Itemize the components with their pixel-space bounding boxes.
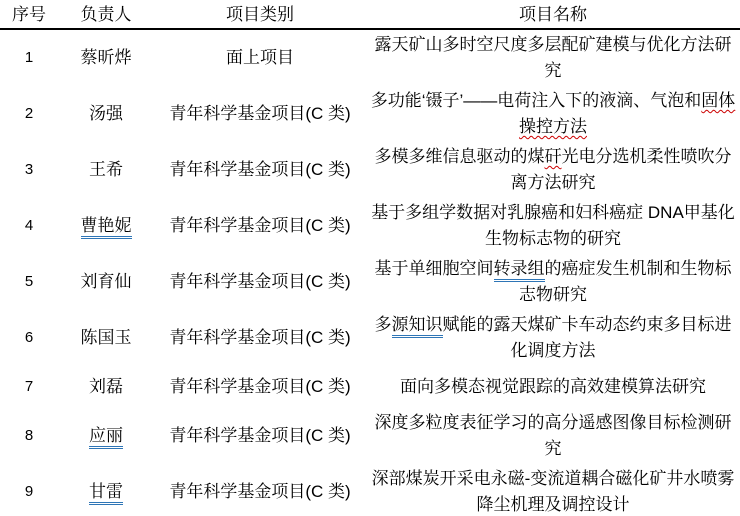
- seq-cell: 2: [0, 86, 58, 142]
- text-segment: 深部煤炭开采电永磁-变流道耦合磁化矿井水喷雾降尘机理及调控设计: [372, 469, 735, 514]
- table-row: 6陈国玉青年科学基金项目(C 类)多源知识赋能的露天煤矿卡车动态约束多目标进化调…: [0, 310, 740, 366]
- category-cell: 青年科学基金项目(C 类): [154, 86, 366, 142]
- project-title-cell: 露天矿山多时空尺度多层配矿建模与优化方法研究: [366, 29, 740, 86]
- text-segment-grammar: 曹艳妮: [81, 216, 132, 239]
- text-segment-grammar: 源知识: [392, 315, 443, 338]
- text-segment-spell: 矸: [545, 147, 562, 166]
- project-title-cell: 多模多维信息驱动的煤矸光电分选机柔性喷吹分离方法研究: [366, 142, 740, 198]
- header-seq: 序号: [0, 0, 58, 29]
- text-segment: 多功能‘镊子’——电荷注入下的液滴、气泡和: [371, 91, 702, 110]
- leader-name-cell: 应丽: [58, 408, 154, 464]
- seq-cell: 7: [0, 366, 58, 408]
- text-segment: 多: [375, 315, 392, 334]
- category-cell: 青年科学基金项目(C 类): [154, 408, 366, 464]
- project-title-cell: 多源知识赋能的露天煤矿卡车动态约束多目标进化调度方法: [366, 310, 740, 366]
- header-row: 序号 负责人 项目类别 项目名称: [0, 0, 740, 29]
- seq-cell: 8: [0, 408, 58, 464]
- leader-name-cell: 刘育仙: [58, 254, 154, 310]
- project-title-cell: 多功能‘镊子’——电荷注入下的液滴、气泡和固体操控方法: [366, 86, 740, 142]
- table-row: 4曹艳妮青年科学基金项目(C 类)基于多组学数据对乳腺癌和妇科癌症 DNA甲基化…: [0, 198, 740, 254]
- header-title: 项目名称: [366, 0, 740, 29]
- seq-cell: 6: [0, 310, 58, 366]
- text-segment: 刘磊: [89, 377, 123, 396]
- table-body: 1蔡昕烨面上项目露天矿山多时空尺度多层配矿建模与优化方法研究2汤强青年科学基金项…: [0, 29, 740, 516]
- text-segment-grammar: 转录组: [494, 259, 545, 282]
- text-segment: 面向多模态视觉跟踪的高效建模算法研究: [400, 377, 706, 396]
- category-cell: 青年科学基金项目(C 类): [154, 366, 366, 408]
- seq-cell: 9: [0, 464, 58, 516]
- table-row: 9甘雷青年科学基金项目(C 类)深部煤炭开采电永磁-变流道耦合磁化矿井水喷雾降尘…: [0, 464, 740, 516]
- text-segment-grammar: 应丽: [89, 426, 123, 449]
- text-segment: 刘育仙: [81, 272, 132, 291]
- text-segment: 陈国玉: [81, 328, 132, 347]
- leader-name-cell: 汤强: [58, 86, 154, 142]
- category-cell: 青年科学基金项目(C 类): [154, 310, 366, 366]
- project-title-cell: 基于单细胞空间转录组的癌症发生机制和生物标志物研究: [366, 254, 740, 310]
- project-title-cell: 面向多模态视觉跟踪的高效建模算法研究: [366, 366, 740, 408]
- table-row: 5刘育仙青年科学基金项目(C 类)基于单细胞空间转录组的癌症发生机制和生物标志物…: [0, 254, 740, 310]
- leader-name-cell: 蔡昕烨: [58, 29, 154, 86]
- category-cell: 青年科学基金项目(C 类): [154, 464, 366, 516]
- table-row: 1蔡昕烨面上项目露天矿山多时空尺度多层配矿建模与优化方法研究: [0, 29, 740, 86]
- seq-cell: 5: [0, 254, 58, 310]
- seq-cell: 1: [0, 29, 58, 86]
- project-title-cell: 深部煤炭开采电永磁-变流道耦合磁化矿井水喷雾降尘机理及调控设计: [366, 464, 740, 516]
- text-segment: 王希: [89, 160, 123, 179]
- text-segment: 蔡昕烨: [81, 48, 132, 67]
- text-segment: 露天矿山多时空尺度多层配矿建模与优化方法研究: [375, 35, 732, 80]
- table-row: 7刘磊青年科学基金项目(C 类)面向多模态视觉跟踪的高效建模算法研究: [0, 366, 740, 408]
- seq-cell: 4: [0, 198, 58, 254]
- project-title-cell: 基于多组学数据对乳腺癌和妇科癌症 DNA甲基化生物标志物的研究: [366, 198, 740, 254]
- category-cell: 青年科学基金项目(C 类): [154, 198, 366, 254]
- text-segment: 多模多维信息驱动的煤: [375, 147, 545, 166]
- table-row: 8应丽青年科学基金项目(C 类)深度多粒度表征学习的高分遥感图像目标检测研究: [0, 408, 740, 464]
- leader-name-cell: 陈国玉: [58, 310, 154, 366]
- text-segment: 深度多粒度表征学习的高分遥感图像目标检测研究: [375, 413, 732, 458]
- project-title-cell: 深度多粒度表征学习的高分遥感图像目标检测研究: [366, 408, 740, 464]
- leader-name-cell: 刘磊: [58, 366, 154, 408]
- text-segment-grammar: 甘雷: [89, 482, 123, 505]
- text-segment: 汤强: [89, 104, 123, 123]
- category-cell: 青年科学基金项目(C 类): [154, 142, 366, 198]
- text-segment: 基于单细胞空间: [375, 259, 494, 278]
- text-segment: 赋能的露天煤矿卡车动态约束多目标进化调度方法: [443, 315, 732, 360]
- projects-table: 序号 负责人 项目类别 项目名称 1蔡昕烨面上项目露天矿山多时空尺度多层配矿建模…: [0, 0, 740, 516]
- leader-name-cell: 曹艳妮: [58, 198, 154, 254]
- category-cell: 青年科学基金项目(C 类): [154, 254, 366, 310]
- table-row: 3王希青年科学基金项目(C 类)多模多维信息驱动的煤矸光电分选机柔性喷吹分离方法…: [0, 142, 740, 198]
- text-segment: 的癌症发生机制和生物标志物研究: [519, 259, 732, 304]
- header-leader: 负责人: [58, 0, 154, 29]
- text-segment: 基于多组学数据对乳腺癌和妇科癌症 DNA甲基化生物标志物的研究: [371, 203, 735, 248]
- category-cell: 面上项目: [154, 29, 366, 86]
- header-category: 项目类别: [154, 0, 366, 29]
- table-row: 2汤强青年科学基金项目(C 类)多功能‘镊子’——电荷注入下的液滴、气泡和固体操…: [0, 86, 740, 142]
- seq-cell: 3: [0, 142, 58, 198]
- leader-name-cell: 甘雷: [58, 464, 154, 516]
- leader-name-cell: 王希: [58, 142, 154, 198]
